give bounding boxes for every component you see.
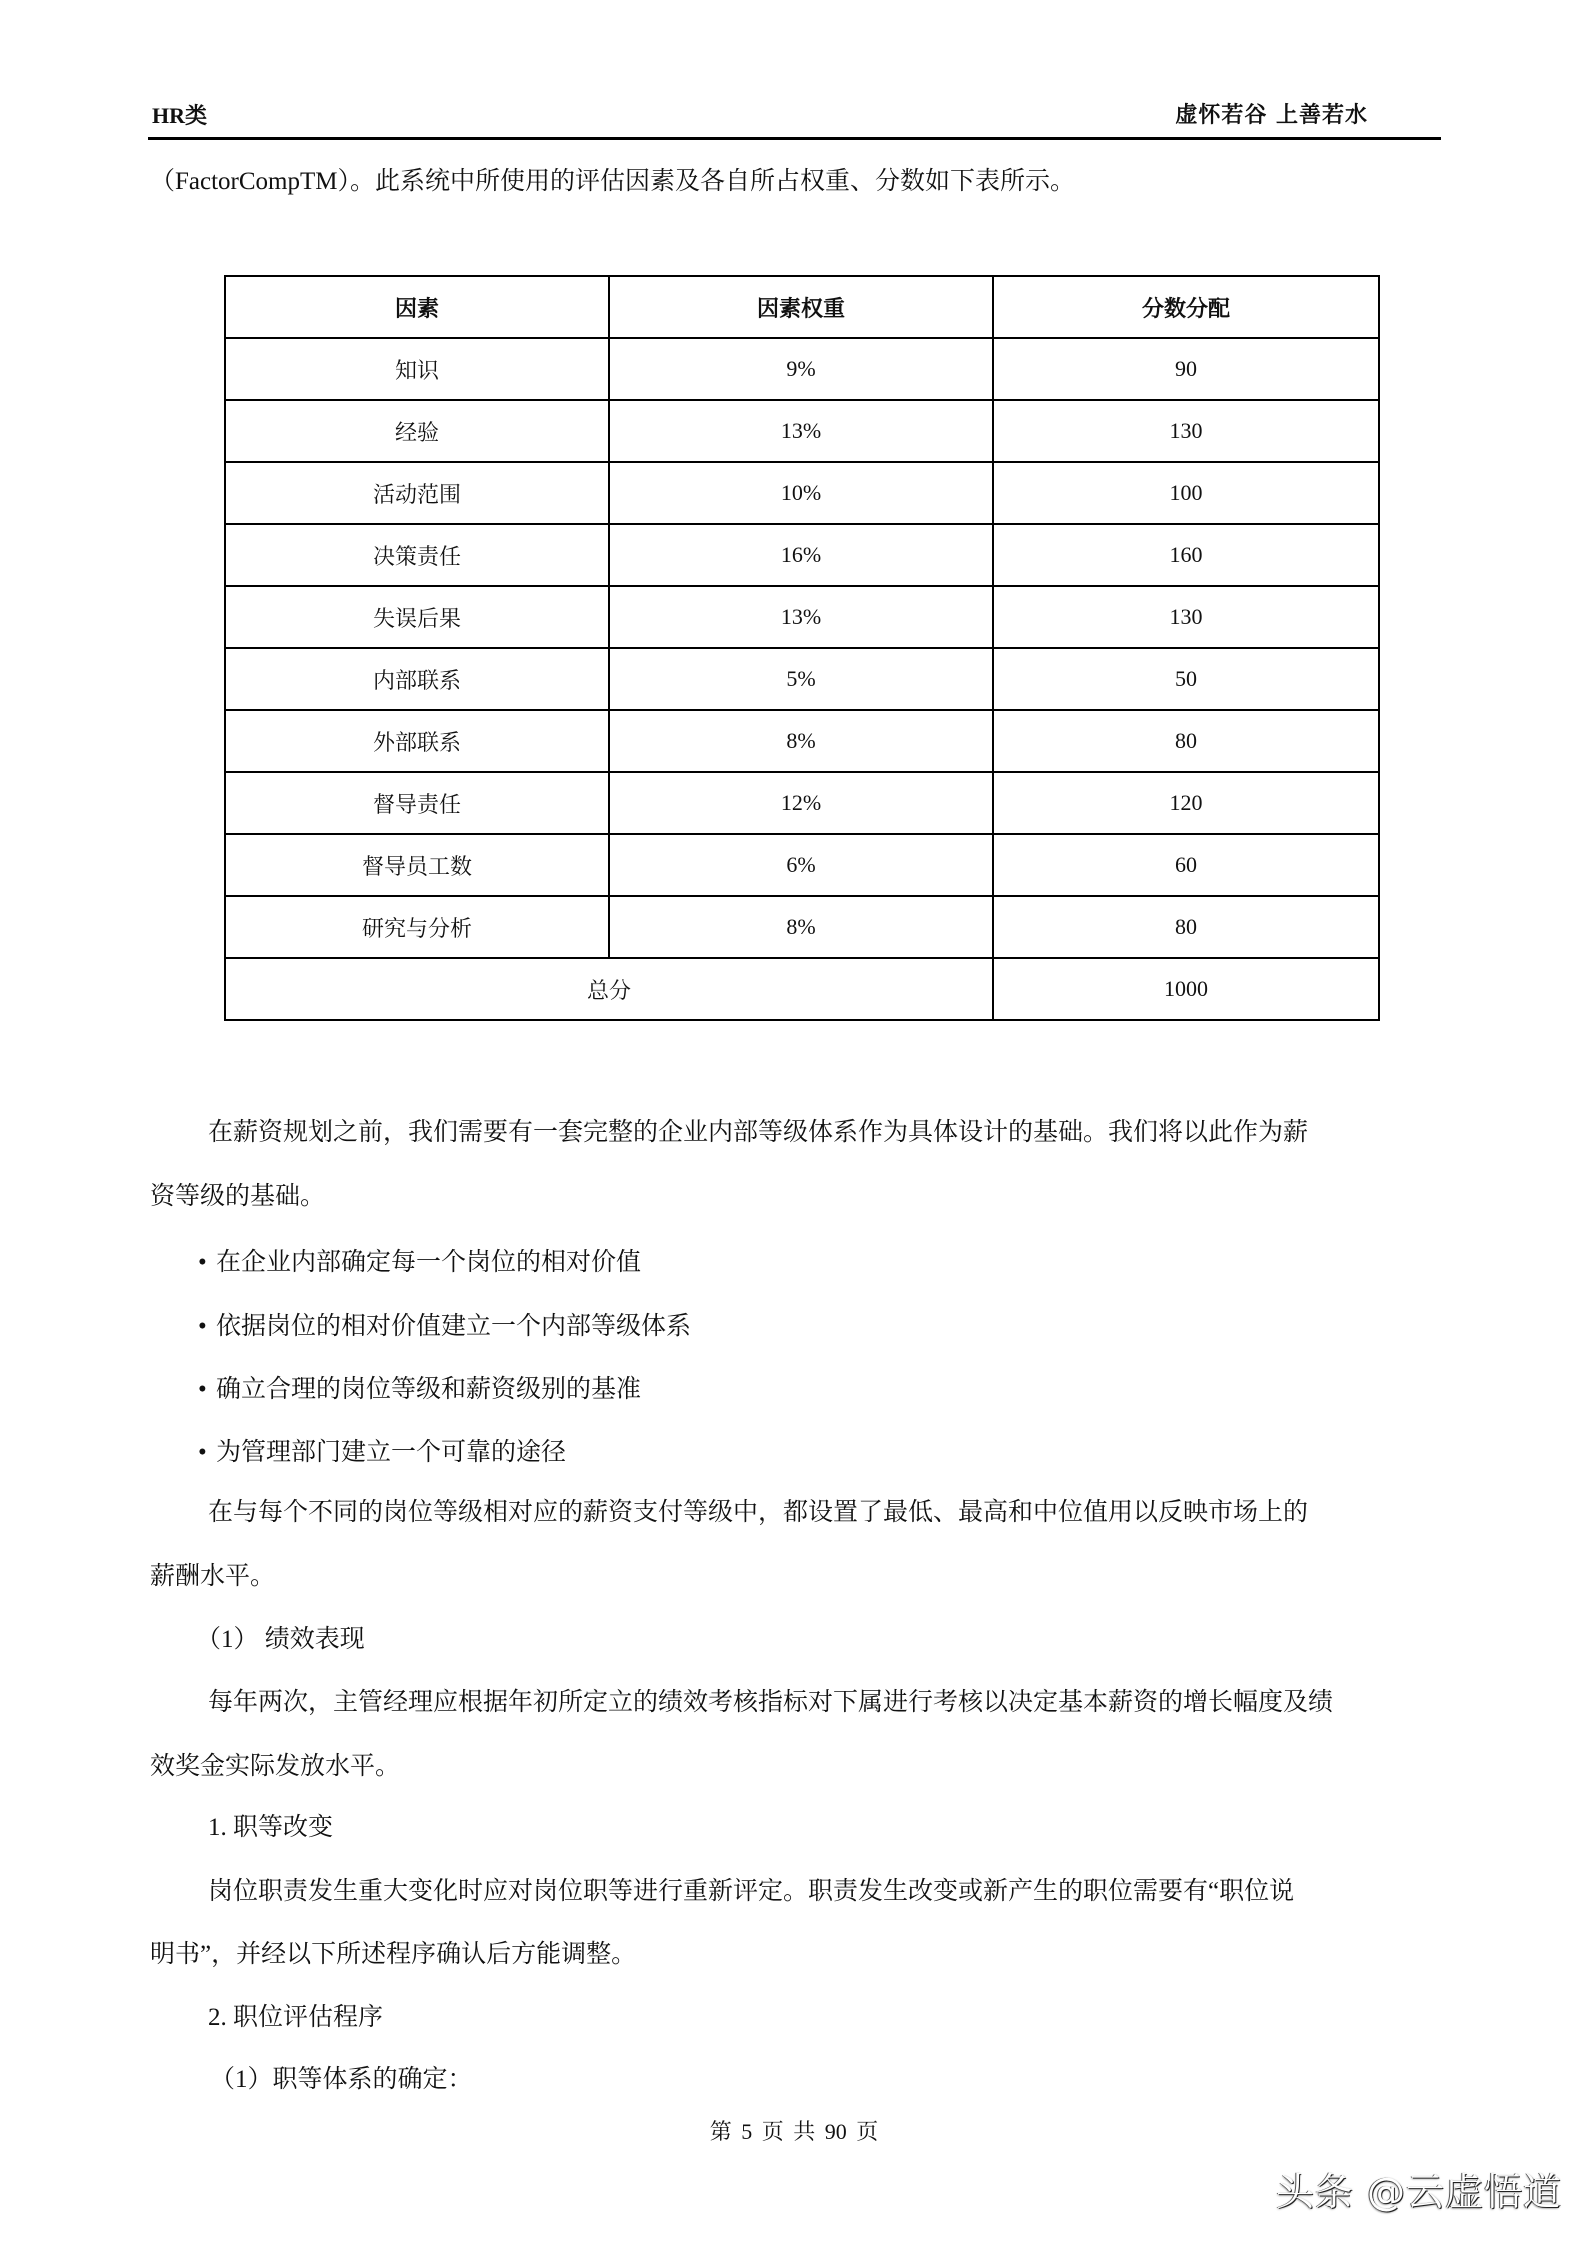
table-row: 内部联系 5% 50 xyxy=(225,648,1379,710)
paragraph-3-line-2: 效奖金实际发放水平。 xyxy=(150,1750,1450,1784)
bullet-item: •依据岗位的相对价值建立一个内部等级体系 xyxy=(198,1310,1498,1344)
bullet-icon: • xyxy=(198,1310,216,1344)
table-row: 督导责任 12% 120 xyxy=(225,772,1379,834)
paragraph-3-line-1: 每年两次，主管经理应根据年初所定立的绩效考核指标对下属进行考核以决定基本薪资的增… xyxy=(208,1686,1508,1720)
bullet-item: •确立合理的岗位等级和薪资级别的基准 xyxy=(198,1373,1498,1407)
bullet-icon: • xyxy=(198,1373,216,1407)
table-row: 知识 9% 90 xyxy=(225,338,1379,400)
weight-cell: 13% xyxy=(609,586,993,648)
table-row: 外部联系 8% 80 xyxy=(225,710,1379,772)
heading-grade-change: 1. 职等改变 xyxy=(208,1811,1508,1845)
paragraph-4-line-1: 岗位职责发生重大变化时应对岗位职等进行重新评定。职责发生改变或新产生的职位需要有… xyxy=(208,1875,1508,1909)
score-cell: 60 xyxy=(993,834,1379,896)
factor-cell: 活动范围 xyxy=(225,462,609,524)
table-total-row: 总分 1000 xyxy=(225,958,1379,1020)
factor-cell: 经验 xyxy=(225,400,609,462)
score-cell: 130 xyxy=(993,400,1379,462)
score-cell: 80 xyxy=(993,896,1379,958)
heading-evaluation-procedure: 2. 职位评估程序 xyxy=(208,2001,1508,2035)
factor-cell: 内部联系 xyxy=(225,648,609,710)
total-value-cell: 1000 xyxy=(993,958,1379,1020)
bullet-icon: • xyxy=(198,1436,216,1470)
factor-cell: 督导责任 xyxy=(225,772,609,834)
factor-cell: 研究与分析 xyxy=(225,896,609,958)
weight-cell: 5% xyxy=(609,648,993,710)
weight-cell: 6% xyxy=(609,834,993,896)
bullet-item: •为管理部门建立一个可靠的途径 xyxy=(198,1436,1498,1470)
score-cell: 100 xyxy=(993,462,1379,524)
score-cell: 80 xyxy=(993,710,1379,772)
heading-grade-system: （1）职等体系的确定： xyxy=(210,2063,1510,2097)
weight-cell: 10% xyxy=(609,462,993,524)
bullet-text: 依据岗位的相对价值建立一个内部等级体系 xyxy=(216,1313,691,1340)
score-cell: 90 xyxy=(993,338,1379,400)
table-row: 决策责任 16% 160 xyxy=(225,524,1379,586)
table-row: 经验 13% 130 xyxy=(225,400,1379,462)
factor-cell: 决策责任 xyxy=(225,524,609,586)
paragraph-2-line-1: 在与每个不同的岗位等级相对应的薪资支付等级中，都设置了最低、最高和中位值用以反映… xyxy=(208,1496,1508,1530)
factor-weight-table: 因素 因素权重 分数分配 知识 9% 90 经验 13% 130 活动范围 10… xyxy=(224,275,1380,1021)
bullet-text: 为管理部门建立一个可靠的途径 xyxy=(216,1439,566,1466)
table-row: 督导员工数 6% 60 xyxy=(225,834,1379,896)
weight-cell: 8% xyxy=(609,710,993,772)
bullet-icon: • xyxy=(198,1246,216,1280)
table-header-row: 因素 因素权重 分数分配 xyxy=(225,276,1379,338)
score-cell: 120 xyxy=(993,772,1379,834)
weight-cell: 13% xyxy=(609,400,993,462)
header-motto: 虚怀若谷 上善若水 xyxy=(1175,100,1368,132)
table-header-cell: 因素 xyxy=(225,276,609,338)
score-cell: 50 xyxy=(993,648,1379,710)
factor-cell: 知识 xyxy=(225,338,609,400)
table-row: 活动范围 10% 100 xyxy=(225,462,1379,524)
weight-cell: 9% xyxy=(609,338,993,400)
header-category: HR类 xyxy=(152,100,207,132)
score-cell: 160 xyxy=(993,524,1379,586)
bullet-text: 确立合理的岗位等级和薪资级别的基准 xyxy=(216,1376,641,1403)
factor-cell: 督导员工数 xyxy=(225,834,609,896)
table-header-cell: 因素权重 xyxy=(609,276,993,338)
factor-cell: 外部联系 xyxy=(225,710,609,772)
heading-performance: （1） 绩效表现 xyxy=(196,1623,1496,1657)
paragraph-1-line-2: 资等级的基础。 xyxy=(150,1180,1450,1214)
total-label-cell: 总分 xyxy=(225,958,993,1020)
paragraph-2-line-2: 薪酬水平。 xyxy=(150,1560,1450,1594)
watermark: 头条 @云虚悟道 xyxy=(1276,2168,1562,2216)
paragraph-1-line-1: 在薪资规划之前，我们需要有一套完整的企业内部等级体系作为具体设计的基础。我们将以… xyxy=(208,1116,1508,1150)
table-row: 失误后果 13% 130 xyxy=(225,586,1379,648)
paragraph-4-line-2: 明书”，并经以下所述程序确认后方能调整。 xyxy=(150,1938,1450,1972)
table-header-cell: 分数分配 xyxy=(993,276,1379,338)
score-cell: 130 xyxy=(993,586,1379,648)
factor-cell: 失误后果 xyxy=(225,586,609,648)
header-divider xyxy=(148,137,1441,140)
weight-cell: 8% xyxy=(609,896,993,958)
bullet-text: 在企业内部确定每一个岗位的相对价值 xyxy=(216,1249,641,1276)
intro-line: （FactorCompTM）。此系统中所使用的评估因素及各自所占权重、分数如下表… xyxy=(150,165,1450,199)
weight-cell: 12% xyxy=(609,772,993,834)
bullet-item: •在企业内部确定每一个岗位的相对价值 xyxy=(198,1246,1498,1280)
page-number: 第 5 页 共 90 页 xyxy=(0,2116,1588,2148)
weight-cell: 16% xyxy=(609,524,993,586)
table-row: 研究与分析 8% 80 xyxy=(225,896,1379,958)
